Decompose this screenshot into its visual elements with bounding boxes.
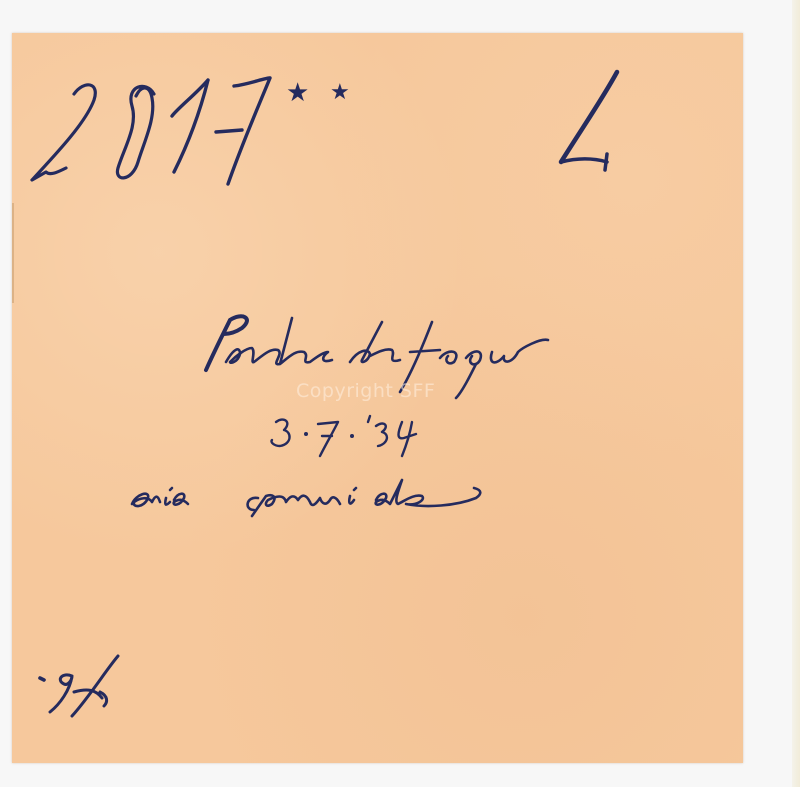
star-icon: ★ bbox=[286, 80, 309, 106]
star-icon: ★ bbox=[330, 82, 350, 104]
catalog-number-handwriting bbox=[28, 72, 258, 192]
corner-letter-handwriting bbox=[555, 68, 625, 178]
collector-initials-handwriting bbox=[34, 650, 124, 720]
backdrop-edge bbox=[792, 0, 800, 787]
copyright-watermark: Copyright SFF bbox=[296, 380, 435, 402]
habitat-note-handwriting bbox=[126, 476, 586, 526]
collection-date-handwriting bbox=[266, 412, 436, 462]
paper-fold-mark bbox=[12, 203, 14, 303]
